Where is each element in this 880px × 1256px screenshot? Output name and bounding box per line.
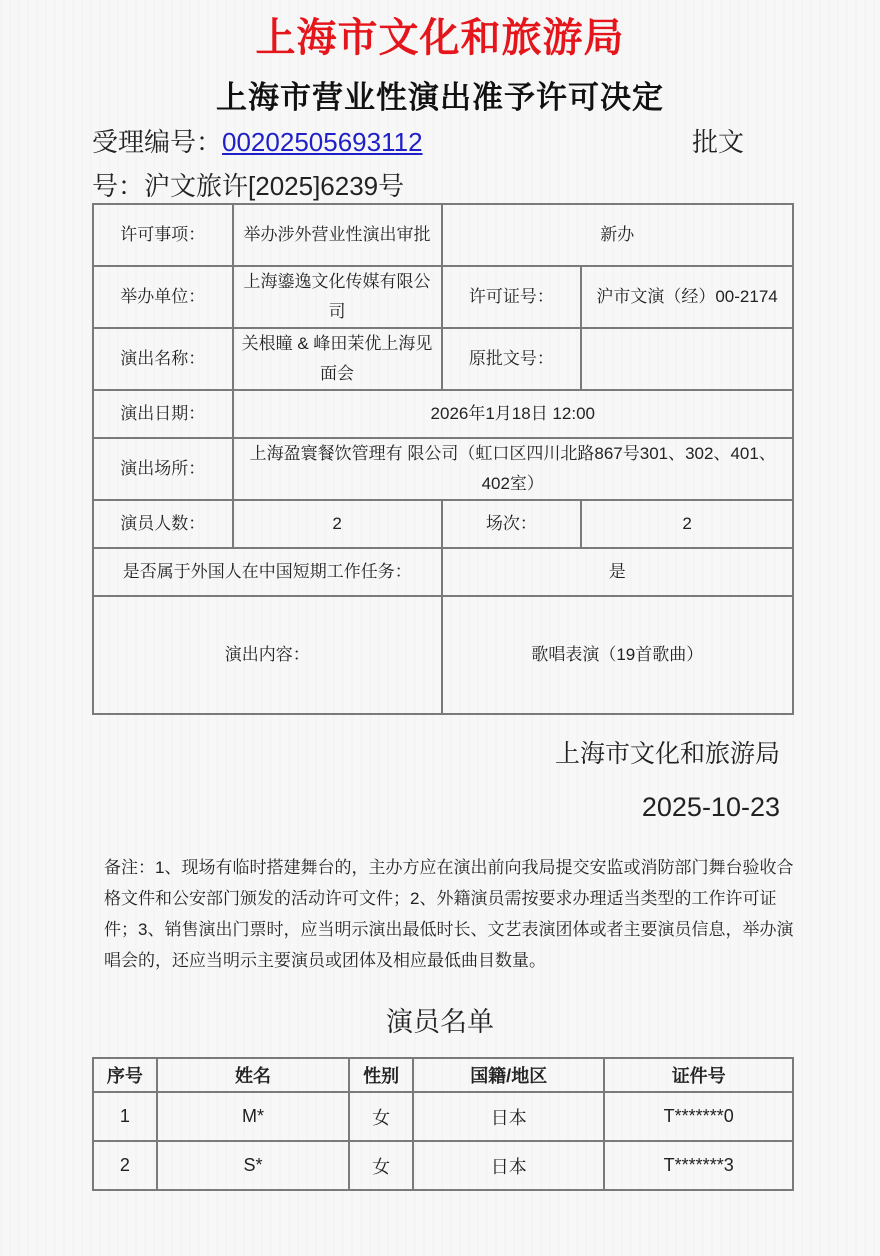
roster-header-row: 序号 姓名 性别 国籍/地区 证件号 [93,1058,793,1092]
cell-no: 1 [93,1092,157,1141]
permit-item-value: 举办涉外营业性演出审批 [233,204,442,266]
row-permit-item: 许可事项： 举办涉外营业性演出审批 新办 [93,204,793,266]
signature-date: 2025-10-23 [642,792,780,823]
show-name-label: 演出名称： [93,328,233,390]
signature-org: 上海市文化和旅游局 [555,734,780,770]
foreigner-label: 是否属于外国人在中国短期工作任务： [93,548,442,596]
original-approval-label: 原批文号： [442,328,582,390]
permit-item-type: 新办 [442,204,793,266]
organizer-value: 上海鎏逸文化传媒有限公司 [233,266,442,328]
permit-table: 许可事项： 举办涉外营业性演出审批 新办 举办单位： 上海鎏逸文化传媒有限公司 … [92,203,794,715]
doc-title: 上海市营业性演出准予许可决定 [0,72,880,117]
notes-paragraph: 备注：1、现场有临时搭建舞台的，主办方应在演出前向我局提交安监或消防部门舞台验收… [104,852,794,976]
cell-gender: 女 [349,1092,413,1141]
foreigner-value: 是 [442,548,793,596]
header-no: 序号 [93,1058,157,1092]
license-value: 沪市文演（经）00-2174 [581,266,793,328]
org-title: 上海市文化和旅游局 [0,6,880,63]
row-organizer: 举办单位： 上海鎏逸文化传媒有限公司 许可证号： 沪市文演（经）00-2174 [93,266,793,328]
header-id: 证件号 [604,1058,793,1092]
approval-line: 号：沪文旅许[2025]6239号 [92,166,404,203]
show-name-value: 关根瞳 & 峰田茉优上海见面会 [233,328,442,390]
header-nationality: 国籍/地区 [413,1058,604,1092]
cell-no: 2 [93,1141,157,1190]
sessions-label: 场次： [442,500,582,548]
content-label: 演出内容： [93,596,442,714]
table-row: 1 M* 女 日本 T*******0 [93,1092,793,1141]
cell-gender: 女 [349,1141,413,1190]
acceptance-label: 受理编号： [92,127,222,157]
row-show-name: 演出名称： 关根瞳 & 峰田茉优上海见面会 原批文号： [93,328,793,390]
row-content: 演出内容： 歌唱表演（19首歌曲） [93,596,793,714]
date-value: 2026年1月18日 12:00 [233,390,793,438]
cell-nationality: 日本 [413,1141,604,1190]
content-value: 歌唱表演（19首歌曲） [442,596,793,714]
venue-value: 上海盈寰餐饮管理有 限公司（虹口区四川北路867号301、302、401、402… [233,438,793,500]
roster-table: 序号 姓名 性别 国籍/地区 证件号 1 M* 女 日本 T*******0 2… [92,1057,794,1191]
license-label: 许可证号： [442,266,582,328]
performer-count-label: 演员人数： [93,500,233,548]
header-gender: 性别 [349,1058,413,1092]
approval-label: 批文 [692,122,744,159]
cell-name: S* [157,1141,349,1190]
row-foreigner: 是否属于外国人在中国短期工作任务： 是 [93,548,793,596]
row-venue: 演出场所： 上海盈寰餐饮管理有 限公司（虹口区四川北路867号301、302、4… [93,438,793,500]
original-approval-value [581,328,793,390]
acceptance-line: 受理编号：00202505693112 [92,122,423,159]
roster-title: 演员名单 [0,1000,880,1039]
permit-item-label: 许可事项： [93,204,233,266]
header-name: 姓名 [157,1058,349,1092]
cell-name: M* [157,1092,349,1141]
row-counts: 演员人数： 2 场次： 2 [93,500,793,548]
acceptance-number-link[interactable]: 00202505693112 [222,127,423,157]
cell-id: T*******3 [604,1141,793,1190]
venue-label: 演出场所： [93,438,233,500]
organizer-label: 举办单位： [93,266,233,328]
row-date: 演出日期： 2026年1月18日 12:00 [93,390,793,438]
sessions-value: 2 [581,500,793,548]
table-row: 2 S* 女 日本 T*******3 [93,1141,793,1190]
performer-count-value: 2 [233,500,442,548]
approval-label-cont: 号： [92,171,144,201]
approval-number: 沪文旅许[2025]6239号 [144,171,404,201]
date-label: 演出日期： [93,390,233,438]
cell-nationality: 日本 [413,1092,604,1141]
cell-id: T*******0 [604,1092,793,1141]
